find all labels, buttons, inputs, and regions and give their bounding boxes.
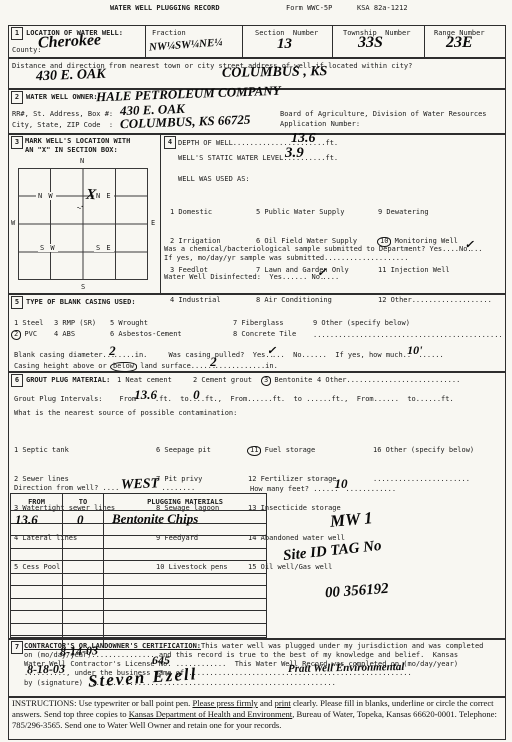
compass-east-label: E: [149, 219, 158, 227]
compass-northeast-label: N E: [94, 192, 114, 200]
casing-option: 5 Wrought: [110, 319, 148, 328]
materials-value: Bentonite Chips: [112, 511, 198, 526]
statute-reference: KSA 82a-1212: [357, 4, 408, 13]
city-state-zip-label: City, State, ZIP Code :: [12, 121, 113, 130]
agency-label: Board of Agriculture, Division of Water …: [280, 110, 487, 119]
grout-plug-intervals-line: Grout Plug Intervals: From13.6.ft. to..0…: [14, 392, 454, 404]
certification-title: CONTRACTOR'S OR LANDOWNER'S CERTIFICATIO…: [24, 642, 201, 650]
application-number-label: Application Number:: [280, 120, 360, 129]
table-row: 13.6 0 Bentonite Chips: [11, 511, 266, 524]
well-use-item: 11 Injection Well: [378, 266, 492, 276]
grout-material-label: Bentonite: [270, 376, 312, 384]
table-row: [11, 549, 266, 562]
disinfected-line: Water Well Disinfected: Yes...... No.✓..…: [164, 272, 339, 282]
note-well-id: MW 1: [329, 508, 373, 532]
table-row: [11, 536, 266, 549]
section3-number: 3: [11, 136, 23, 149]
height-mid-label: land surface......: [136, 362, 216, 370]
casing-other-dots: ........................................…: [313, 331, 503, 340]
static-water-level-line: WELL'S STATIC WATER LEVEL..........ft.: [178, 154, 338, 163]
section7-number: 7: [11, 641, 23, 654]
to-value: 0: [77, 512, 84, 527]
instructions-underlined: print: [275, 698, 291, 708]
plugging-table-header: FROM TO PLUGGING MATERIALS: [11, 494, 266, 511]
col-header-materials: PLUGGING MATERIALS: [104, 494, 266, 510]
county-value: Cherokee: [38, 31, 102, 52]
table-row: [11, 586, 266, 599]
how-much-label: ... No...... If yes, how much..: [272, 351, 411, 359]
feet-value: 10: [335, 479, 348, 488]
compass-west-label: W: [9, 219, 18, 227]
compass-south-label: S: [81, 283, 85, 292]
compass-north-label: N: [80, 157, 84, 166]
casing-height-line: Casing height above or below land surfac…: [14, 359, 278, 371]
contamination-item: 16 Other (specify below): [373, 446, 474, 456]
table-row: [11, 611, 266, 624]
how-much-value: 10': [407, 346, 422, 355]
from-value: 13.6: [15, 512, 38, 527]
disinfected-no-checkmark: ✓: [317, 267, 326, 279]
direction-from-well-line: Direction from well? ....WEST........: [14, 482, 195, 493]
address-label: RR#, St. Address, Box #:: [12, 110, 113, 119]
well-use-item: 5 Public Water Supply: [256, 208, 357, 218]
section-grid: [18, 168, 148, 280]
sample-no-checkmark: ✓: [465, 239, 474, 251]
divider: [242, 25, 243, 57]
pulled-yes-checkmark: ✓: [267, 345, 276, 357]
interval-to-value: 0: [193, 390, 200, 399]
form-title: WATER WELL PLUGGING RECORD: [110, 4, 220, 13]
plugging-table: FROM TO PLUGGING MATERIALS 13.6 0 Benton…: [10, 493, 267, 638]
form-number: Form WWC-5P: [286, 4, 332, 13]
section2-number: 2: [11, 91, 23, 104]
casing-option: 7 Fiberglass: [233, 319, 284, 328]
instructions-part: INSTRUCTIONS: Use typewriter or ball poi…: [12, 698, 192, 708]
casing-option: 3 RMP (SR): [54, 319, 96, 328]
contamination-item: 6 Seepage pit: [156, 446, 228, 456]
compass-southeast-label: S E: [94, 244, 114, 252]
water-well-plugging-record-form: WATER WELL PLUGGING RECORD Form WWC-5P K…: [0, 0, 512, 742]
sample-date-line: If yes, mo/day/yr sample was submitted..…: [164, 254, 408, 263]
circled-below-word: below: [110, 362, 137, 372]
feet-label: How many feet? ......: [250, 485, 339, 493]
compass-southwest-label: S W: [38, 244, 58, 252]
direction-value: WEST: [121, 479, 159, 489]
range-number-value: 23E: [446, 34, 473, 52]
grout-material-option: 4 Other...........................: [317, 376, 460, 385]
well-location-x-mark: X: [85, 187, 96, 205]
casing-option: 8 Concrete Tile: [233, 330, 296, 339]
business-name-value: Pratt Well Environmental: [288, 661, 405, 675]
well-use-item: 12 Other...................: [378, 296, 492, 306]
instructions-underlined: Please press firmly: [192, 698, 257, 708]
grout-material-option: 1 Neat cement: [117, 376, 172, 385]
grout-material-option-bentonite: 3 Bentonite: [262, 376, 312, 385]
table-row: [11, 624, 266, 637]
well-use-item: 9 Dewatering: [378, 208, 492, 218]
contamination-item-label: Fuel storage: [260, 446, 315, 454]
township-number-value: 33S: [358, 34, 383, 52]
section4-number: 4: [164, 136, 176, 149]
certification-text: This water well was plugged under my jur…: [201, 642, 483, 650]
section3-title-line1: MARK WELL'S LOCATION WITH: [25, 137, 130, 146]
height-value: 2: [210, 357, 217, 366]
contamination-item: 1 Septic tank: [14, 446, 115, 456]
section1-number: 1: [11, 27, 23, 40]
well-use-item: 4 Industrial: [170, 296, 221, 306]
instructions-part: and: [258, 698, 275, 708]
fraction-label: Fraction: [152, 29, 186, 38]
section3-title-line2: AN "X" IN SECTION BOX:: [25, 146, 118, 155]
cell-from: 13.6: [11, 511, 63, 523]
col-header-from: FROM: [11, 494, 63, 510]
well-used-as-label: WELL WAS USED AS:: [178, 175, 250, 184]
static-water-level-value: 3.9: [285, 145, 304, 162]
instructions-underlined: Kansas Department of Health and Environm…: [129, 709, 292, 719]
cell-to: 0: [63, 511, 104, 523]
col-header-to: TO: [63, 494, 104, 510]
city-value: COLUMBUS , KS: [222, 64, 328, 82]
table-row: [11, 599, 266, 612]
dots: ............in.: [215, 362, 278, 370]
divider: [424, 25, 425, 57]
dots: ............: [346, 485, 397, 493]
divider: [145, 25, 146, 57]
sample-submitted-line: Was a chemical/bacteriological sample su…: [164, 244, 483, 254]
plugged-date-value: 8-14-03: [60, 643, 99, 659]
intervals-rest: ..ft., From......ft. to ......ft., From.…: [197, 395, 454, 403]
well-use-item: 1 Domestic: [170, 208, 221, 218]
intervals-label: Grout Plug Intervals: From: [14, 395, 136, 403]
instructions-text: INSTRUCTIONS: Use typewriter or ball poi…: [12, 698, 501, 731]
owner-label: WATER WELL OWNER:: [26, 93, 98, 102]
section6-title: GROUT PLUG MATERIAL:: [26, 376, 110, 385]
casing-option: 1 Steel: [14, 319, 44, 328]
section6-number: 6: [11, 374, 23, 387]
table-row: [11, 561, 266, 574]
casing-option-label: PVC: [20, 330, 37, 338]
grid-scribble: -.·: [77, 203, 83, 211]
divider: [160, 133, 161, 293]
compass-northwest-label: N W: [36, 192, 56, 200]
casing-option: 6 Asbestos-Cement: [110, 330, 182, 339]
table-row: [11, 574, 266, 587]
record-date-value: 8-18-03: [27, 662, 65, 678]
contamination-item-fuel-storage: 11 Fuel storage: [248, 446, 345, 456]
direction-label: Direction from well? ....: [14, 484, 119, 492]
section-number-value: 13: [277, 36, 292, 53]
diameter-label: Blank casing diameter...: [14, 351, 115, 359]
intervals-mid: .ft. to..: [155, 395, 197, 403]
casing-option-pvc: 2 PVC: [12, 330, 37, 339]
diameter-value: 2: [109, 346, 116, 355]
county-label: County:: [12, 46, 42, 55]
cell-materials: Bentonite Chips: [104, 511, 266, 523]
casing-option: 4 ABS: [54, 330, 75, 339]
pulled-label: .....in. Was casing pulled? Yes..: [114, 351, 274, 359]
casing-option: 9 Other (specify below): [313, 319, 410, 328]
street-value: 430 E. OAK: [36, 67, 106, 85]
height-label: Casing height above or: [14, 362, 111, 370]
dots: ........: [161, 484, 195, 492]
how-many-feet-line: How many feet? ......10............: [250, 482, 396, 494]
section5-number: 5: [11, 296, 23, 309]
disinfected-question: Water Well Disinfected: Yes...... No.: [164, 273, 324, 281]
well-use-item: 8 Air Conditioning: [256, 296, 357, 306]
divider: [332, 25, 333, 57]
grout-material-option: 2 Cement grout: [193, 376, 252, 385]
sample-submitted-question: Was a chemical/bacteriological sample su…: [164, 245, 472, 253]
section5-title: TYPE OF BLANK CASING USED:: [26, 298, 136, 307]
interval-from-value: 13.6: [134, 390, 157, 399]
contamination-question: What is the nearest source of possible c…: [14, 409, 237, 418]
